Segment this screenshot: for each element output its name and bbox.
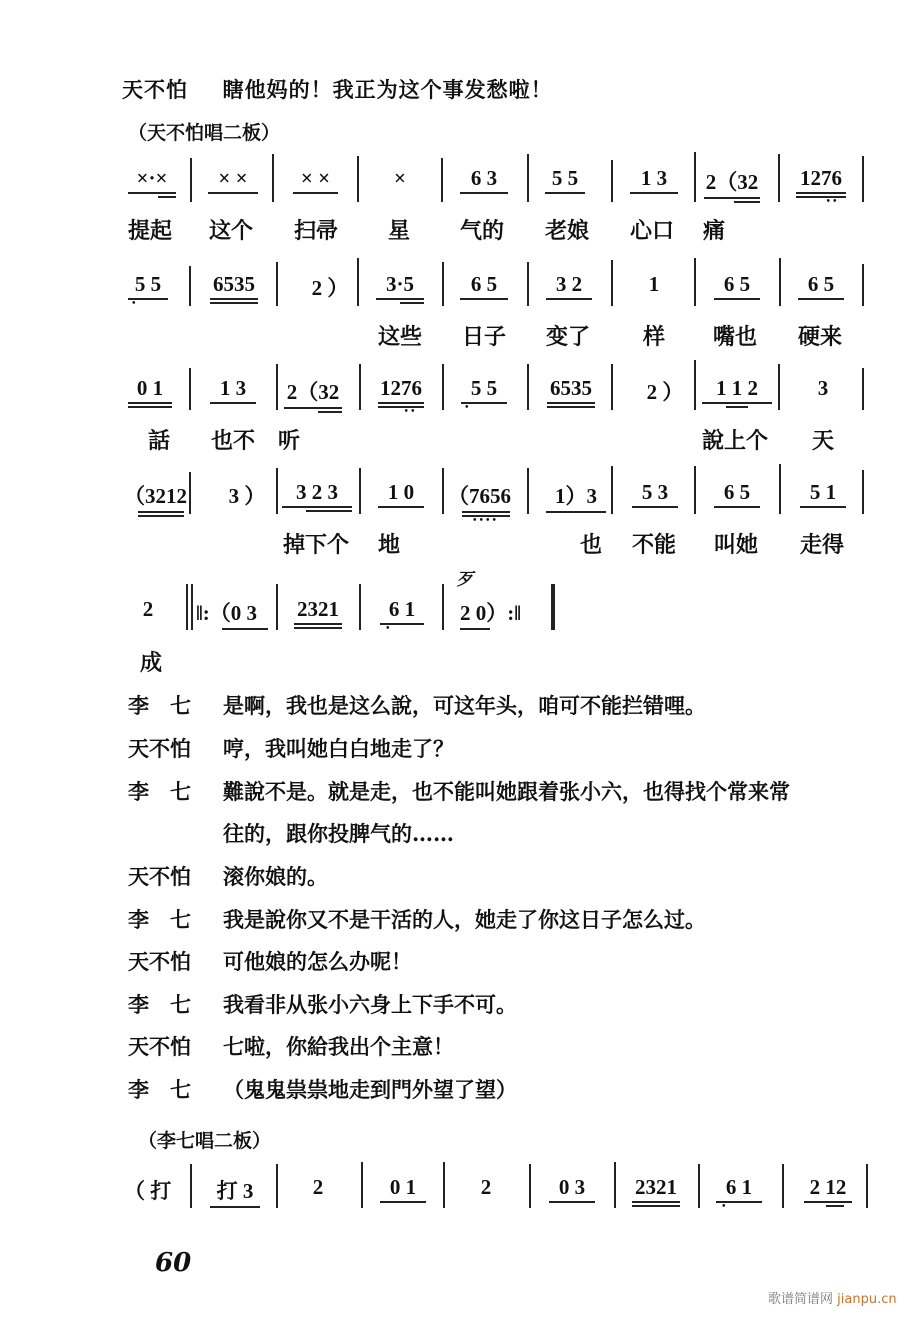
lyric-annotation: 歹 (456, 565, 473, 590)
barline (862, 156, 864, 202)
intro-line: 天不怕 瞎他妈的！我正为这个事发愁啦！ (122, 74, 553, 104)
note-cell: 2 (140, 597, 156, 622)
barline (611, 160, 613, 202)
note-cell: 1 1 2 (702, 376, 772, 408)
note-cell: 6 3 (460, 166, 508, 194)
note-cell: 6 1• (380, 597, 424, 633)
note-cell: 1）3 (546, 480, 606, 513)
barline (527, 468, 529, 514)
barline (442, 262, 444, 306)
barline (778, 154, 780, 202)
barline (694, 258, 696, 306)
note-cell: 2（32 (704, 166, 760, 203)
note-cell: 2321 (294, 597, 342, 629)
note-cell: 6535 (210, 272, 258, 304)
note-cell: 6 5 (460, 272, 508, 300)
barline (191, 584, 193, 630)
page-number: 60 (155, 1248, 191, 1278)
dialogue-line: 往的，跟你投脾气的…… (128, 818, 454, 848)
dialogue-line: 李 七是啊，我也是这么說，可这年头，咱可不能拦错哩。 (128, 690, 706, 720)
barline (442, 584, 444, 630)
note-cell: 1276•• (796, 166, 846, 206)
speaker-name: 天不怕 (128, 733, 223, 763)
note-cell: 2 0）:‖ (460, 597, 550, 630)
note-cell: ‖:（0 3 (196, 597, 272, 630)
barline (779, 464, 781, 514)
note-cell: 1 (646, 272, 662, 297)
speaker-name: 李 七 (128, 690, 223, 720)
barline (611, 466, 613, 514)
note-cell: × × (293, 166, 338, 194)
lyric: 掉下个 (283, 528, 349, 559)
lyric: 不能 (632, 528, 676, 559)
lyric: 地 (378, 528, 400, 559)
note-cell: 1 0 (378, 480, 424, 508)
dialogue-text: 瞎他妈的！我正为这个事发愁啦！ (223, 77, 553, 102)
barline (694, 152, 696, 202)
speaker-name: 天不怕 (128, 946, 223, 976)
lyric: 叫她 (714, 528, 758, 559)
lyric: 成 (140, 646, 162, 677)
barline (190, 158, 192, 202)
note-cell: 6535 (547, 376, 595, 408)
barline (698, 1164, 700, 1208)
lyric: 这个 (209, 214, 253, 245)
barline (276, 1164, 278, 1208)
barline (189, 266, 191, 306)
barline (866, 1164, 868, 1208)
lyric: 老娘 (545, 214, 589, 245)
barline (527, 154, 529, 202)
lyric: 硬来 (798, 320, 842, 351)
lyric: 痛 (703, 214, 725, 245)
watermark-cn: 歌谱简谱网 (768, 1292, 833, 1307)
section-label: （天不怕唱二板） (128, 118, 280, 145)
note-cell: 5 3 (632, 480, 678, 508)
lyric: 样 (643, 320, 665, 351)
barline (694, 466, 696, 514)
barline (357, 258, 359, 306)
barline (190, 1164, 192, 1208)
barline (614, 1162, 616, 1208)
barline (611, 364, 613, 410)
note-cell: 5 1 (800, 480, 846, 508)
barline (862, 470, 864, 514)
barline (862, 264, 864, 306)
note-cell: 2 ） (305, 272, 355, 302)
barline (276, 584, 278, 630)
lyric: 这些 (378, 320, 422, 351)
speaker-name: 李 七 (128, 776, 223, 806)
note-cell: 3·5 (376, 272, 424, 304)
lyric: 說上个 (702, 424, 768, 455)
barline (359, 584, 361, 630)
barline (779, 258, 781, 306)
barline (527, 262, 529, 306)
barline (611, 260, 613, 306)
note-cell: 2（32 (284, 376, 342, 413)
note-cell: 1 3 (630, 166, 678, 194)
dialogue-line: 天不怕七啦，你給我出个主意！ (128, 1031, 454, 1061)
dialogue-line: 李 七我看非从张小六身上下手不可。 (128, 989, 517, 1019)
note-cell: 2 12 (804, 1175, 852, 1207)
lyric: 走得 (800, 528, 844, 559)
note-cell: 6 5 (798, 272, 844, 300)
barline (361, 1162, 363, 1208)
lyric: 变了 (546, 320, 590, 351)
barline (527, 364, 529, 410)
speaker-name: 天不怕 (128, 861, 223, 891)
dialogue-line: 天不怕可他娘的怎么办呢！ (128, 946, 412, 976)
lyric: 气的 (460, 214, 504, 245)
lyric: 扫帚 (294, 214, 338, 245)
barline (186, 584, 188, 630)
speaker-name: 天不怕 (122, 77, 188, 102)
watermark-url[interactable]: jianpu.cn (837, 1292, 896, 1307)
barline (276, 364, 278, 410)
lyric: 提起 (128, 214, 172, 245)
barline (694, 360, 696, 410)
note-cell: 6 1• (716, 1175, 762, 1211)
barline (442, 364, 444, 410)
lyric: 听 (278, 424, 300, 455)
note-cell: 2 (310, 1175, 326, 1200)
speaker-name: 李 七 (128, 989, 223, 1019)
barline (359, 364, 361, 410)
note-cell: 2 (478, 1175, 494, 1200)
lyric: 嘴也 (713, 320, 757, 351)
note-cell: （7656•••• (448, 480, 510, 525)
barline (272, 154, 274, 202)
note-cell: 3 (815, 376, 831, 401)
barline (778, 364, 780, 410)
speaker-name: 天不怕 (128, 1031, 223, 1061)
lyric: 天 (812, 424, 834, 455)
note-cell: 0 3 (549, 1175, 595, 1203)
barline (189, 368, 191, 410)
barline (782, 1164, 784, 1208)
note-cell: 6 5 (714, 272, 760, 300)
note-cell: × (390, 166, 410, 191)
barline (359, 468, 361, 514)
note-cell: 6 5 (714, 480, 760, 508)
barline (529, 1164, 531, 1208)
note-cell: （3212 (124, 480, 184, 517)
note-cell: 0 1 (128, 376, 172, 408)
dialogue-line: 天不怕滚你娘的。 (128, 861, 328, 891)
note-cell: 打 3 (210, 1175, 260, 1208)
barline (276, 262, 278, 306)
barline (276, 468, 278, 514)
note-cell: × × (208, 166, 258, 194)
barline (441, 158, 443, 202)
note-cell: 5 5• (128, 272, 168, 308)
barline (862, 368, 864, 410)
note-cell: 3 2 3 (282, 480, 352, 512)
lyric: 也不 (211, 424, 255, 455)
note-cell: ×·× (128, 166, 176, 198)
note-cell: 3 ） (222, 480, 272, 510)
dialogue-line: 李 七我是說你又不是干活的人，她走了你这日子怎么过。 (128, 904, 706, 934)
lyric: 心口 (630, 214, 674, 245)
speaker-name: 李 七 (128, 904, 223, 934)
lyric: 也 (580, 528, 602, 559)
barline (551, 584, 555, 630)
barline (442, 468, 444, 514)
note-cell: （ 打 (124, 1175, 174, 1205)
dialogue-line: 天不怕哼，我叫她白白地走了？ (128, 733, 454, 763)
note-cell: 2321 (632, 1175, 680, 1207)
note-cell: 1 3 (210, 376, 256, 404)
note-cell: 3 2 (546, 272, 592, 300)
watermark: 歌谱简谱网 jianpu.cn (768, 1288, 897, 1307)
note-cell: 2 ） (640, 376, 690, 406)
lyric: 話 (148, 424, 170, 455)
note-cell: 5 5 (545, 166, 585, 194)
section-label: （李七唱二板） (138, 1126, 271, 1153)
lyric: 日子 (462, 320, 506, 351)
note-cell: 1276•• (378, 376, 424, 416)
barline (357, 156, 359, 202)
barline (443, 1162, 445, 1208)
barline (189, 472, 191, 514)
note-cell: 5 5• (461, 376, 507, 412)
lyric: 星 (388, 214, 410, 245)
dialogue-line: 李 七（鬼鬼祟祟地走到門外望了望） (128, 1074, 517, 1104)
dialogue-line: 李 七難說不是。就是走，也不能叫她跟着张小六，也得找个常来常 (128, 776, 790, 806)
note-cell: 0 1 (380, 1175, 426, 1203)
speaker-name: 李 七 (128, 1074, 223, 1104)
